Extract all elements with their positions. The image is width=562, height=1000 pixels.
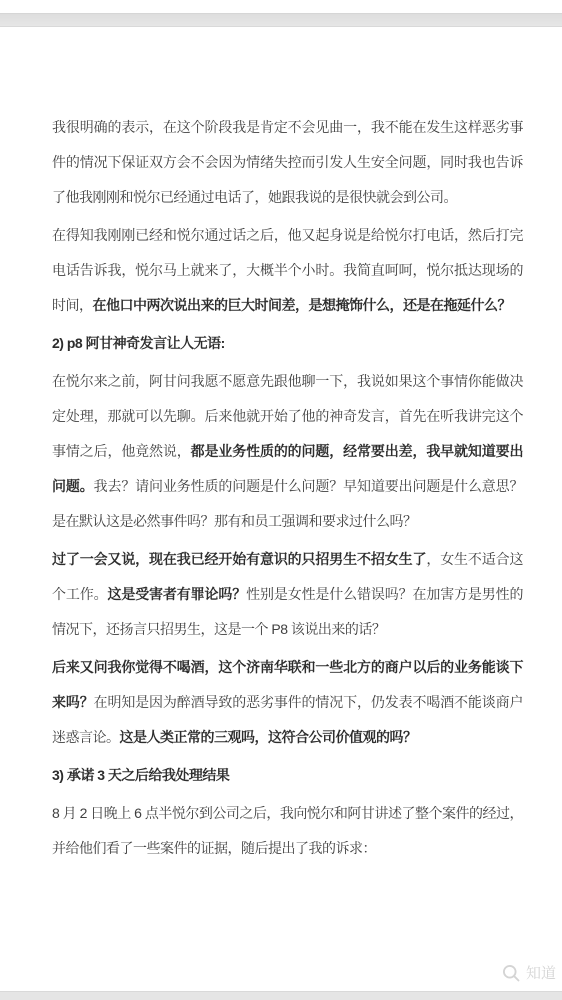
section-heading: 3) 承诺 3 天之后给我处理结果 (52, 758, 523, 793)
text-run: 8 月 2 日晚上 6 点半悦尔到公司之后，我向悦尔和阿甘讲述了整个案件的经过，… (52, 805, 523, 856)
zhidao-logo-icon (501, 963, 521, 983)
article-page: 我很明确的表示，在这个阶段我是肯定不会见曲一，我不能在发生这样恶劣事件的情况下保… (0, 0, 562, 1000)
section-heading: 2) p8 阿甘神奇发言让人无语: (52, 326, 523, 361)
text-run: 这是人类正常的三观吗，这符合公司价值观的吗？ (120, 729, 417, 745)
text-run: 2) p8 阿甘神奇发言让人无语: (52, 335, 225, 351)
text-run: 在他口中两次说出来的巨大时间差，是想掩饰什么，还是在拖延什么？ (93, 297, 512, 313)
text-run: 3) 承诺 3 天之后给我处理结果 (52, 767, 229, 783)
paragraph: 过了一会又说，现在我已经开始有意识的只招男生不招女生了，女生不适合这个工作。这是… (52, 542, 523, 647)
text-run: 这是受害者有罪论吗？ (107, 586, 246, 602)
text-run: 我去？请问业务性质的问题是什么问题？早知道要出问题是什么意思？是在默认这是必然事… (52, 478, 523, 529)
watermark: 知道 (501, 963, 556, 983)
paragraph: 后来又问我你觉得不喝酒，这个济南华联和一些北方的商户以后的业务能谈下来吗？在明知… (52, 650, 523, 755)
paragraph: 在得知我刚刚已经和悦尔通过话之后，他又起身说是给悦尔打电话，然后打完电话告诉我，… (52, 218, 523, 323)
page-separator-top (0, 13, 562, 27)
paragraph: 我很明确的表示，在这个阶段我是肯定不会见曲一，我不能在发生这样恶劣事件的情况下保… (52, 110, 523, 215)
page-separator-bottom (0, 991, 562, 1000)
watermark-label: 知道 (526, 966, 556, 981)
paragraph: 在悦尔来之前，阿甘问我愿不愿意先跟他聊一下，我说如果这个事情你能做决定处理，那就… (52, 364, 523, 539)
text-run: 我很明确的表示，在这个阶段我是肯定不会见曲一，我不能在发生这样恶劣事件的情况下保… (52, 119, 523, 205)
text-run: 过了一会又说，现在我已经开始有意识的只招男生不招女生了 (52, 551, 426, 567)
paragraph: 8 月 2 日晚上 6 点半悦尔到公司之后，我向悦尔和阿甘讲述了整个案件的经过，… (52, 796, 523, 866)
article-body: 我很明确的表示，在这个阶段我是肯定不会见曲一，我不能在发生这样恶劣事件的情况下保… (52, 110, 523, 869)
